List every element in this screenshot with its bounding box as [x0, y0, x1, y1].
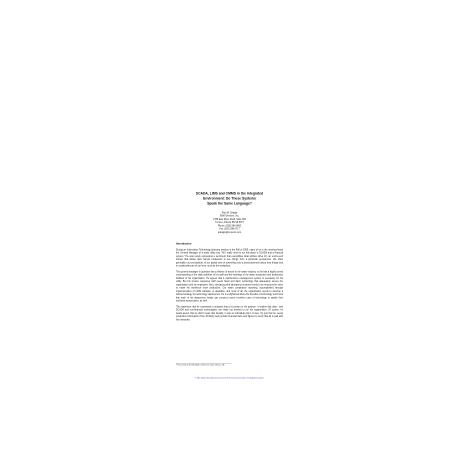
paper-body-column: SCADA, LIMS and CMMS in the Integrated E…: [170, 191, 288, 321]
author-email: pdeagle@ema-inc.com: [176, 231, 283, 234]
paragraph-2: The general manager in question has a li…: [176, 270, 283, 302]
author-block: Paul W. Deagle EMA Services, Inc. 1785 E…: [176, 211, 283, 234]
footnote-text: 1 Presented at the ITA 2002 Conference, …: [176, 364, 283, 366]
paper-page: SCADA, LIMS and CMMS in the Integrated E…: [170, 133, 288, 327]
paper-title-line-3: Speak the Same Language?: [176, 201, 283, 206]
paragraph-1: During an Information Technology plannin…: [176, 248, 283, 267]
paper-page-content: SCADA, LIMS and CMMS in the Integrated E…: [170, 191, 288, 385]
document-viewer-canvas: SCADA, LIMS and CMMS in the Integrated E…: [0, 0, 458, 458]
section-heading-introduction: Introduction: [176, 242, 283, 245]
paragraph-3: This statement that he expressed is uniq…: [176, 305, 283, 321]
copyright-footer: © ITA - Reprinted with permission from t…: [170, 377, 288, 379]
footnote-area: 1 Presented at the ITA 2002 Conference, …: [176, 363, 283, 366]
paper-title: SCADA, LIMS and CMMS in the Integrated E…: [176, 191, 283, 206]
footnote-label: Presented at the ITA 2002 Conference, Ne…: [177, 364, 225, 366]
